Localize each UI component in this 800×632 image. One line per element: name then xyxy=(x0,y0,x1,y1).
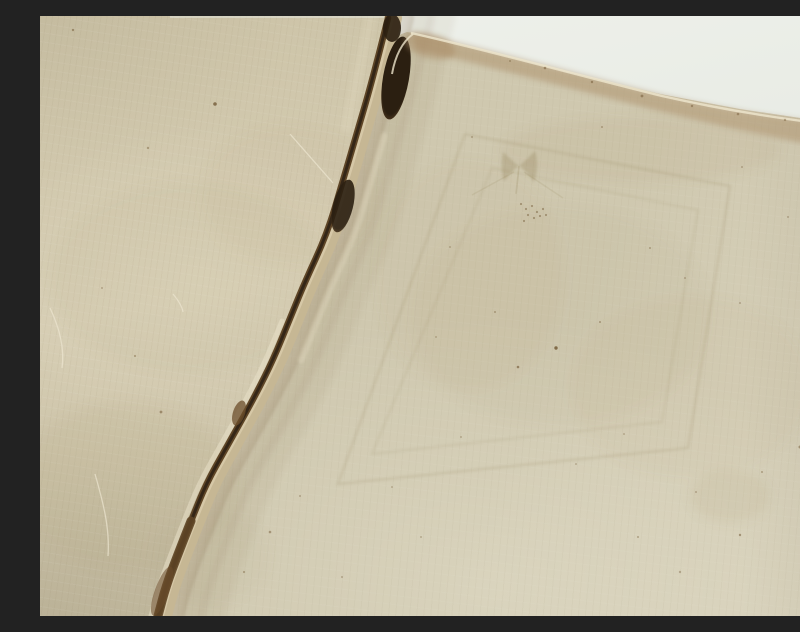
page-edge-highlight xyxy=(411,33,800,126)
photo-open-antique-book xyxy=(40,16,800,616)
paper-stains xyxy=(40,118,800,604)
photo-detail-overlay xyxy=(40,16,800,616)
